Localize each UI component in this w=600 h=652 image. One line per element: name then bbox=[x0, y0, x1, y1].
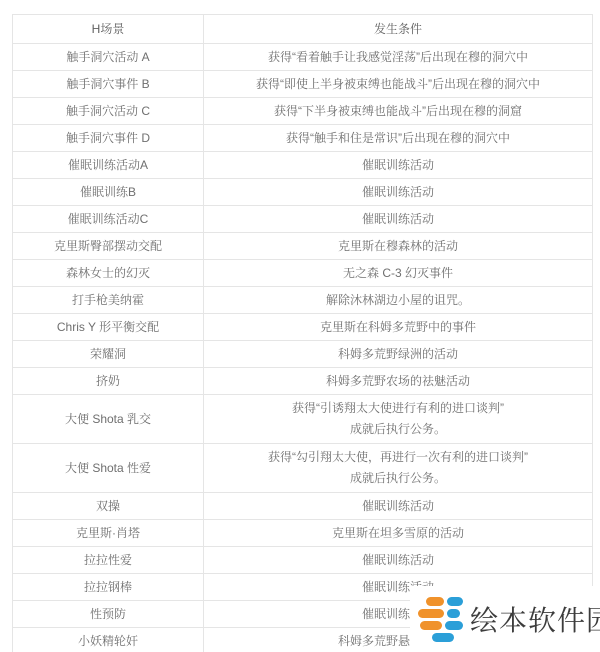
table-row: 催眠训练活动C催眠训练活动 bbox=[13, 206, 593, 233]
watermark-text: 绘本软件园 bbox=[470, 599, 600, 639]
condition-cell: 科姆多荒野农场的祛魅活动 bbox=[204, 368, 593, 395]
table-row: 挤奶科姆多荒野农场的祛魅活动 bbox=[13, 368, 593, 395]
condition-line: 获得“引诱翔太大使进行有利的进口谈判” bbox=[208, 398, 588, 419]
table-row: 荣耀洞科姆多荒野绿洲的活动 bbox=[13, 341, 593, 368]
table-row: 触手洞穴活动 C获得“下半身被束缚也能战斗”后出现在穆的洞窟 bbox=[13, 98, 593, 125]
table-row: 克里斯·肖塔克里斯在坦多雪原的活动 bbox=[13, 520, 593, 547]
scene-cell: 催眠训练活动A bbox=[13, 152, 204, 179]
huiben-logo-icon bbox=[418, 597, 463, 642]
condition-cell: 克里斯在科姆多荒野中的事件 bbox=[204, 314, 593, 341]
table-row: 催眠训练B催眠训练活动 bbox=[13, 179, 593, 206]
condition-cell: 催眠训练活动 bbox=[204, 152, 593, 179]
scene-cell: 荣耀洞 bbox=[13, 341, 204, 368]
condition-cell: 催眠训练活动 bbox=[204, 547, 593, 574]
condition-line: 成就后执行公务。 bbox=[208, 419, 588, 440]
table-row: 大便 Shota 乳交获得“引诱翔太大使进行有利的进口谈判”成就后执行公务。 bbox=[13, 395, 593, 444]
table-row: Chris Y 形平衡交配克里斯在科姆多荒野中的事件 bbox=[13, 314, 593, 341]
scene-cell: 克里斯·肖塔 bbox=[13, 520, 204, 547]
condition-cell: 无之森 C-3 幻灭事件 bbox=[204, 260, 593, 287]
table-row: 触手洞穴事件 D获得“触手和住是常识”后出现在穆的洞穴中 bbox=[13, 125, 593, 152]
condition-cell: 获得“看着触手让我感觉淫荡”后出现在穆的洞穴中 bbox=[204, 44, 593, 71]
condition-cell: 科姆多荒野绿洲的活动 bbox=[204, 341, 593, 368]
page: H场景 发生条件 触手洞穴活动 A获得“看着触手让我感觉淫荡”后出现在穆的洞穴中… bbox=[0, 0, 600, 652]
scene-cell: Chris Y 形平衡交配 bbox=[13, 314, 204, 341]
scene-cell: 大便 Shota 性爱 bbox=[13, 444, 204, 493]
condition-cell: 催眠训练活动 bbox=[204, 206, 593, 233]
scene-cell: 双操 bbox=[13, 493, 204, 520]
scene-cell: 性预防 bbox=[13, 601, 204, 628]
table-row: 大便 Shota 性爱获得“勾引翔太大使，再进行一次有利的进口谈判”成就后执行公… bbox=[13, 444, 593, 493]
table-row: 触手洞穴活动 A获得“看着触手让我感觉淫荡”后出现在穆的洞穴中 bbox=[13, 44, 593, 71]
table-row: 森林女士的幻灭无之森 C-3 幻灭事件 bbox=[13, 260, 593, 287]
condition-cell: 催眠训练活动 bbox=[204, 179, 593, 206]
h-scene-table: H场景 发生条件 触手洞穴活动 A获得“看着触手让我感觉淫荡”后出现在穆的洞穴中… bbox=[12, 14, 593, 652]
condition-cell: 克里斯在坦多雪原的活动 bbox=[204, 520, 593, 547]
condition-cell: 获得“触手和住是常识”后出现在穆的洞穴中 bbox=[204, 125, 593, 152]
scene-cell: 拉拉钢棒 bbox=[13, 574, 204, 601]
condition-cell: 获得“引诱翔太大使进行有利的进口谈判”成就后执行公务。 bbox=[204, 395, 593, 444]
condition-line: 获得“勾引翔太大使，再进行一次有利的进口谈判” bbox=[208, 447, 588, 468]
header-condition: 发生条件 bbox=[204, 15, 593, 44]
header-row: H场景 发生条件 bbox=[13, 15, 593, 44]
table-row: 克里斯臀部摆动交配克里斯在穆森林的活动 bbox=[13, 233, 593, 260]
scene-cell: 小妖精轮奸 bbox=[13, 628, 204, 652]
table-row: 拉拉性爱催眠训练活动 bbox=[13, 547, 593, 574]
scene-cell: 打手枪美纳霍 bbox=[13, 287, 204, 314]
scene-cell: 催眠训练活动C bbox=[13, 206, 204, 233]
table-row: 打手枪美纳霍解除沐林湖边小屋的诅咒。 bbox=[13, 287, 593, 314]
condition-cell: 解除沐林湖边小屋的诅咒。 bbox=[204, 287, 593, 314]
scene-cell: 催眠训练B bbox=[13, 179, 204, 206]
scene-cell: 触手洞穴事件 D bbox=[13, 125, 204, 152]
scene-cell: 拉拉性爱 bbox=[13, 547, 204, 574]
table-header: H场景 发生条件 bbox=[13, 15, 593, 44]
condition-cell: 获得“即使上半身被束缚也能战斗”后出现在穆的洞穴中 bbox=[204, 71, 593, 98]
watermark: 绘本软件园 bbox=[410, 586, 600, 652]
scene-cell: 触手洞穴事件 B bbox=[13, 71, 204, 98]
table-row: 催眠训练活动A催眠训练活动 bbox=[13, 152, 593, 179]
condition-cell: 获得“勾引翔太大使，再进行一次有利的进口谈判”成就后执行公务。 bbox=[204, 444, 593, 493]
scene-cell: 克里斯臀部摆动交配 bbox=[13, 233, 204, 260]
condition-line: 成就后执行公务。 bbox=[208, 468, 588, 489]
condition-cell: 催眠训练活动 bbox=[204, 493, 593, 520]
scene-cell: 触手洞穴活动 C bbox=[13, 98, 204, 125]
table-row: 双操催眠训练活动 bbox=[13, 493, 593, 520]
scene-cell: 森林女士的幻灭 bbox=[13, 260, 204, 287]
scene-cell: 触手洞穴活动 A bbox=[13, 44, 204, 71]
condition-cell: 获得“下半身被束缚也能战斗”后出现在穆的洞窟 bbox=[204, 98, 593, 125]
scene-cell: 挤奶 bbox=[13, 368, 204, 395]
table-body: 触手洞穴活动 A获得“看着触手让我感觉淫荡”后出现在穆的洞穴中触手洞穴事件 B获… bbox=[13, 44, 593, 652]
scene-cell: 大便 Shota 乳交 bbox=[13, 395, 204, 444]
table-row: 触手洞穴事件 B获得“即使上半身被束缚也能战斗”后出现在穆的洞穴中 bbox=[13, 71, 593, 98]
condition-cell: 克里斯在穆森林的活动 bbox=[204, 233, 593, 260]
header-scene: H场景 bbox=[13, 15, 204, 44]
